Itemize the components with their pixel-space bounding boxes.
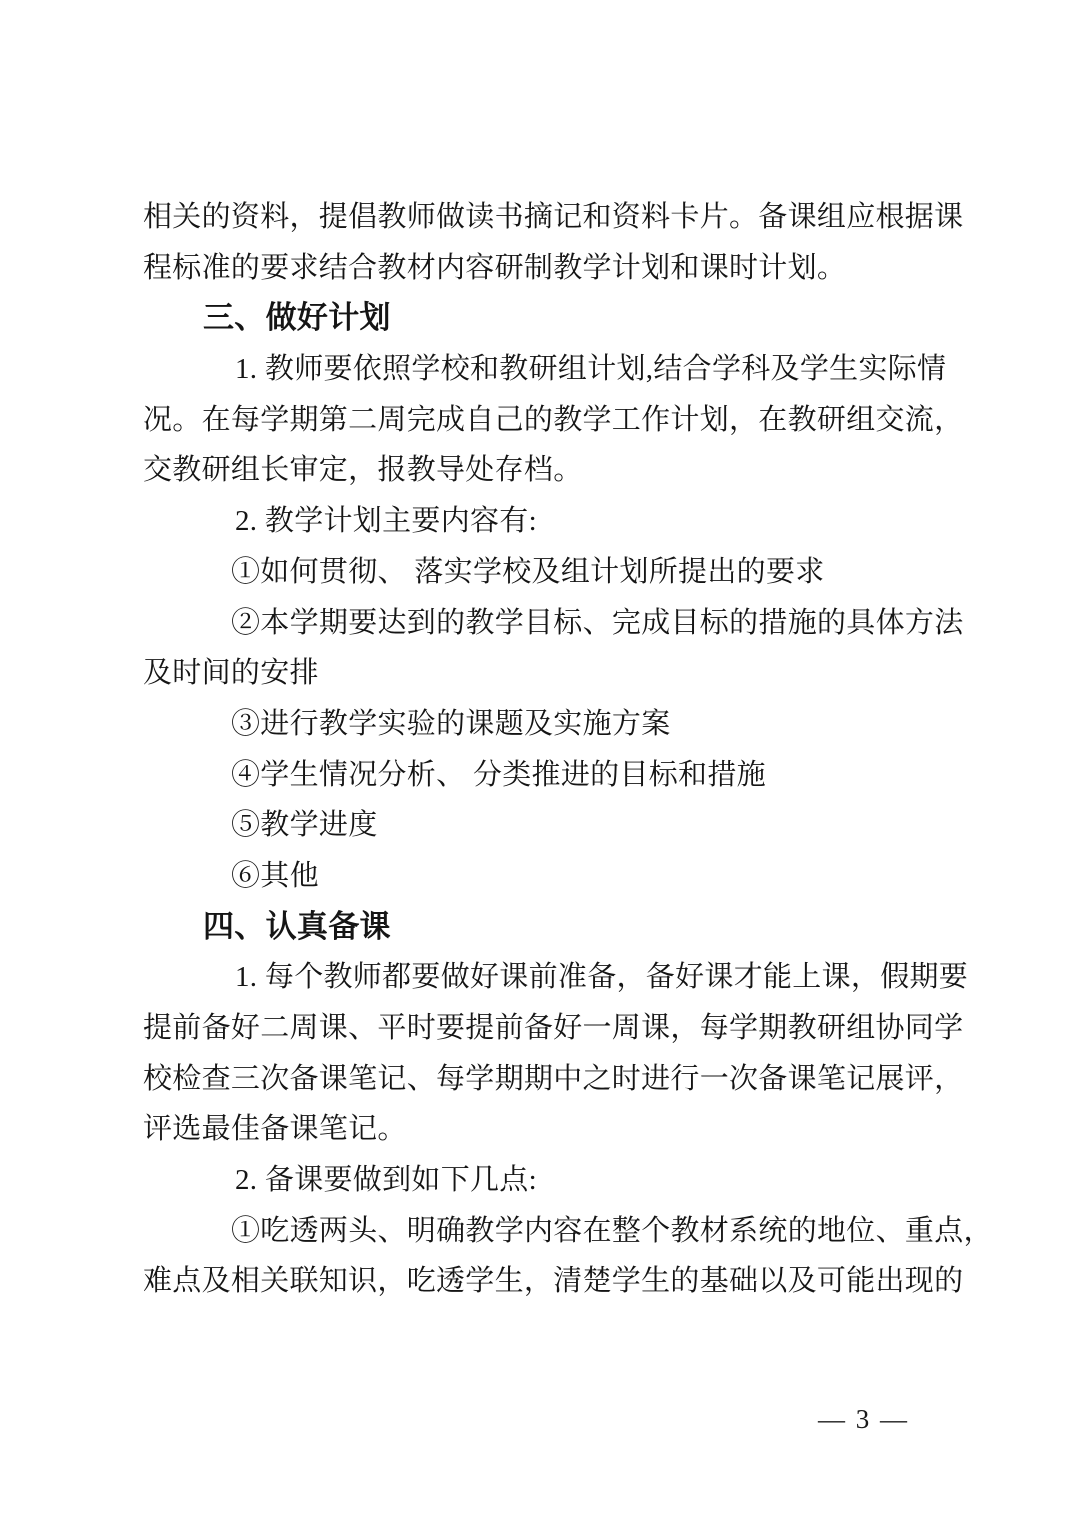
list-item: ④学生情况分析、 分类推进的目标和措施	[143, 750, 955, 801]
list-item: ⑤教学进度	[143, 800, 955, 851]
text-line: 程标准的要求结合教材内容研制教学计划和课时计划。	[143, 243, 955, 294]
page-number: — 3 —	[143, 1398, 955, 1440]
text-line: 1. 教师要依照学校和教研组计划,结合学科及学生实际情	[143, 344, 955, 395]
section-heading: 三、做好计划	[143, 293, 955, 344]
list-item: ①吃透两头、明确教学内容在整个教材系统的地位、重点，	[143, 1206, 955, 1257]
text-line: 校检查三次备课笔记、每学期期中之时进行一次备课笔记展评，	[143, 1054, 955, 1105]
text-line: 提前备好二周课、平时要提前备好一周课，每学期教研组协同学	[143, 1003, 955, 1054]
document-page: 相关的资料，提倡教师做读书摘记和资料卡片。备课组应根据课 程标准的要求结合教材内…	[0, 0, 1080, 1527]
document-body: 相关的资料，提倡教师做读书摘记和资料卡片。备课组应根据课 程标准的要求结合教材内…	[143, 192, 955, 1307]
text-line: 况。在每学期第二周完成自己的教学工作计划，在教研组交流，	[143, 395, 955, 446]
text-line: 评选最佳备课笔记。	[143, 1104, 955, 1155]
text-line: 1. 每个教师都要做好课前准备，备好课才能上课，假期要	[143, 952, 955, 1003]
text-line: 难点及相关联知识，吃透学生，清楚学生的基础以及可能出现的	[143, 1256, 955, 1307]
section-heading: 四、认真备课	[143, 902, 955, 953]
text-line: 及时间的安排	[143, 648, 955, 699]
list-item: ②本学期要达到的教学目标、完成目标的措施的具体方法	[143, 598, 955, 649]
text-line: 相关的资料，提倡教师做读书摘记和资料卡片。备课组应根据课	[143, 192, 955, 243]
list-item: ①如何贯彻、 落实学校及组计划所提出的要求	[143, 547, 955, 598]
text-line: 交教研组长审定，报教导处存档。	[143, 445, 955, 496]
text-line: 2. 备课要做到如下几点:	[143, 1155, 955, 1206]
list-item: ③进行教学实验的课题及实施方案	[143, 699, 955, 750]
list-item: ⑥其他	[143, 851, 955, 902]
text-line: 2. 教学计划主要内容有:	[143, 496, 955, 547]
